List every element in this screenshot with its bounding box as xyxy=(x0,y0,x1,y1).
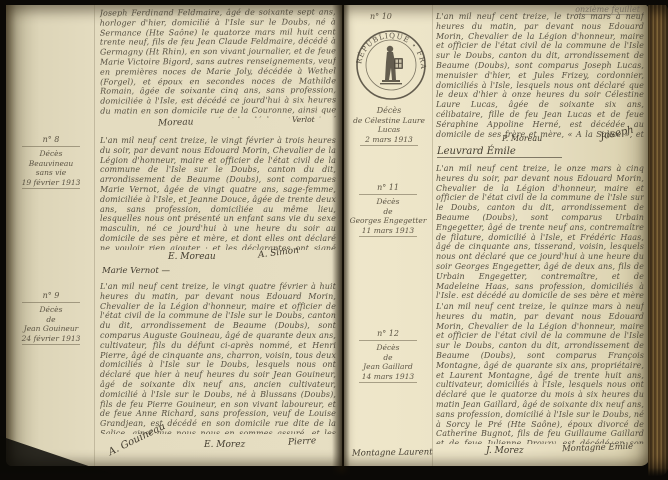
margin-note-act-10: Décès de Célestine Laure Lucas 2 mars 19… xyxy=(344,106,434,148)
signature: Verlot xyxy=(292,115,315,124)
signature: Moreau xyxy=(158,117,194,128)
margin-line: 24 février 1913 xyxy=(12,334,90,344)
act-continuation-text: Joseph Ferdinand Feldmaire, âgé de soixa… xyxy=(100,7,337,118)
signature: E. Moreau xyxy=(168,252,216,262)
act-number: n° 10 xyxy=(370,11,392,22)
divider xyxy=(22,344,80,345)
margin-line: 11 mars 1913 xyxy=(346,226,430,236)
act-number: n° 8 xyxy=(12,134,90,145)
binding-gutter-shadow xyxy=(332,0,350,480)
divider xyxy=(359,340,417,341)
margin-line: 14 mars 1913 xyxy=(346,372,430,382)
photo-background-top xyxy=(0,0,668,5)
margin-line: Beauvineau xyxy=(12,159,90,169)
signature: E. Morez xyxy=(204,440,245,450)
margin-line: Décès xyxy=(346,343,430,353)
margin-line: Jean Gaillard xyxy=(346,362,430,372)
margin-line: Jean Gouineur xyxy=(12,324,90,334)
margin-line: de Célestine Laure Lucas xyxy=(344,116,434,135)
margin-line: Décès xyxy=(346,197,430,207)
act-number: n° 12 xyxy=(346,328,430,339)
act-number: n° 9 xyxy=(12,290,90,301)
margin-note-act-8: n° 8 Décès Beauvineau sans vie 19 févrie… xyxy=(12,134,90,191)
act-number: n° 11 xyxy=(346,182,430,193)
divider xyxy=(360,145,418,146)
margin-note-act-11: n° 11 Décès de Georges Engegetter 11 mar… xyxy=(346,182,430,239)
signature: J. Morez xyxy=(486,446,524,456)
register-photo: Joseph Ferdinand Feldmaire, âgé de soixa… xyxy=(0,0,668,480)
marianne-figure-icon xyxy=(380,46,403,85)
signature: Montagne Émile xyxy=(562,442,633,454)
margin-line: Décès xyxy=(344,106,434,116)
margin-line: sans vie xyxy=(12,168,90,178)
divider xyxy=(359,382,417,383)
margin-line: Décès xyxy=(12,305,90,315)
divider xyxy=(22,146,80,147)
margin-line: 2 mars 1913 xyxy=(344,135,434,145)
act-8-text: L'an mil neuf cent treize, le vingt févr… xyxy=(100,136,336,250)
act-10-text: L'an mil neuf cent treize, le trois mars… xyxy=(436,12,644,138)
signature: Pierre xyxy=(288,436,317,447)
signature: Marie Vernot — xyxy=(102,266,170,276)
act-11-text: L'an mil neuf cent treize, le onze mars … xyxy=(436,164,644,298)
margin-line: de xyxy=(12,315,90,325)
signature: Montagne Laurent xyxy=(352,447,433,458)
signature: Leuvrard Émile xyxy=(437,146,562,158)
republique-francaise-stamp-icon: RÉPUBLIQUE ⋆ FRANÇAISE xyxy=(354,28,428,102)
left-register-page: Joseph Ferdinand Feldmaire, âgé de soixa… xyxy=(6,4,342,466)
margin-rule-line xyxy=(94,4,95,466)
divider xyxy=(22,302,80,303)
divider xyxy=(359,194,417,195)
photo-background-bottom xyxy=(0,468,668,480)
margin-line: de xyxy=(346,207,430,217)
page-stack-edge xyxy=(648,2,668,476)
divider xyxy=(22,188,80,189)
signature: P. Moreau xyxy=(502,134,542,143)
margin-note-act-12: n° 12 Décès de Jean Gaillard 14 mars 191… xyxy=(346,328,430,385)
right-register-page: onzième feuillet n° 10 RÉPUBLIQUE ⋆ FRAN… xyxy=(344,4,650,466)
margin-line: Georges Engegetter xyxy=(346,216,430,226)
act-9-text: L'an mil neuf cent treize, le vingt quat… xyxy=(100,282,336,434)
margin-rule-line xyxy=(432,4,433,466)
margin-note-act-9: n° 9 Décès de Jean Gouineur 24 février 1… xyxy=(12,290,90,347)
margin-line: de xyxy=(346,353,430,363)
margin-line: 19 février 1913 xyxy=(12,178,90,188)
margin-line: Décès xyxy=(12,149,90,159)
act-12-text: L'an mil neuf cent treize, le quinze mar… xyxy=(436,302,644,444)
divider xyxy=(359,236,417,237)
